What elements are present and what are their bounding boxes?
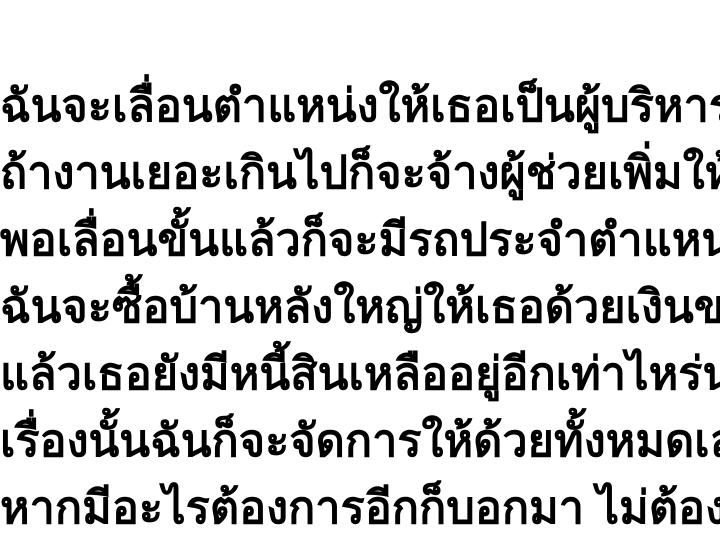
text-page: ฉันจะเลื่อนตำแหน่งให้เธอเป็นผู้บริหาร ถ้… [0, 0, 720, 548]
text-block: ฉันจะเลื่อนตำแหน่งให้เธอเป็นผู้บริหาร ถ้… [0, 72, 720, 541]
text-line-4: ฉันจะซื้อบ้านหลังใหญ่ให้เธอด้วยเงินของฉั… [0, 273, 720, 340]
text-line-2: ถ้างานเยอะเกินไปก็จะจ้างผู้ช่วยเพิ่มให้อ… [0, 139, 720, 206]
text-line-1: ฉันจะเลื่อนตำแหน่งให้เธอเป็นผู้บริหาร [0, 72, 720, 139]
text-line-7: หากมีอะไรต้องการอีกก็บอกมา ไม่ต้องเกรงใจ [0, 474, 720, 541]
text-line-3: พอเลื่อนขั้นแล้วก็จะมีรถประจำตำแหน่งด้วย [0, 206, 720, 273]
text-line-5: แล้วเธอยังมีหนี้สินเหลืออยู่อีกเท่าไหร่น… [0, 340, 720, 407]
text-line-6: เรื่องนั้นฉันก็จะจัดการให้ด้วยทั้งหมดเลย [0, 407, 720, 474]
